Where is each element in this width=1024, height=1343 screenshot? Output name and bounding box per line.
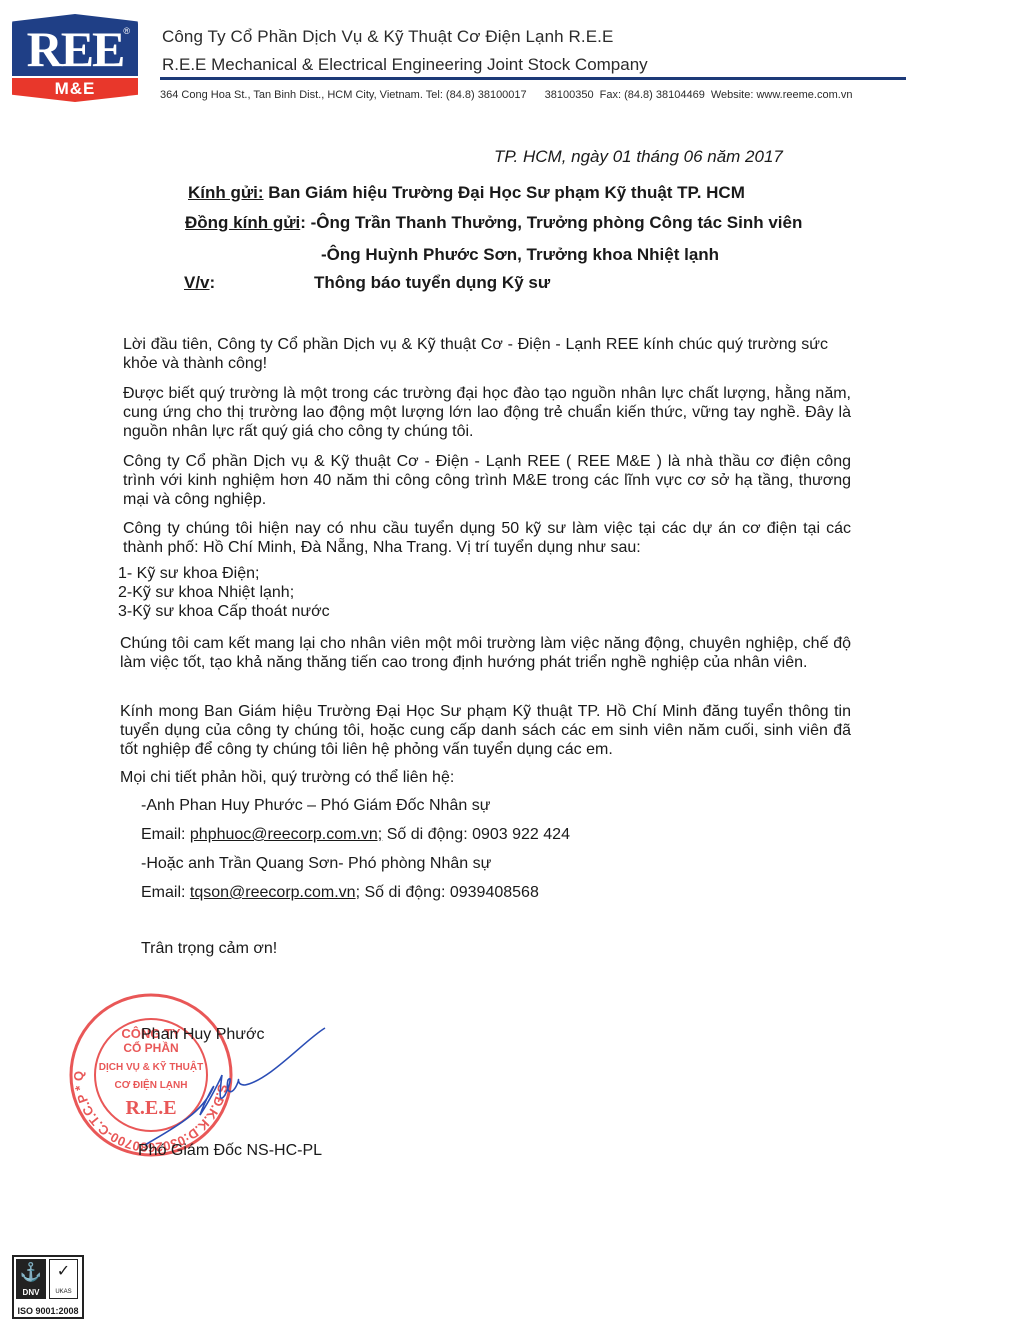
contact-1-name: -Anh Phan Huy Phước – Phó Giám Đốc Nhân …: [141, 796, 490, 815]
closing: Trân trọng cảm ơn!: [141, 939, 277, 958]
subject-label: V/v: [184, 273, 210, 292]
contact-1-phone: Số di động: 0903 922 424: [382, 826, 570, 843]
company-website: Website: www.reeme.com.vn: [711, 89, 853, 101]
cc-line: Đồng kính gửi: -Ông Trần Thanh Thưởng, T…: [185, 213, 802, 233]
to-value: Ban Giám hiệu Trường Đại Học Sư phạm Kỹ …: [264, 183, 745, 202]
iso-label: ISO 9001:2008: [14, 1306, 82, 1316]
ukas-crown-icon: ✓ UKAS: [49, 1259, 78, 1299]
paragraph-hiring: Công ty chúng tôi hiện nay có nhu cầu tu…: [123, 519, 851, 557]
position-item: 2-Kỹ sư khoa Nhiệt lạnh;: [118, 583, 518, 602]
contact-2-email-link[interactable]: tqson@reecorp.com.vn: [190, 884, 356, 901]
company-address: 364 Cong Hoa St., Tan Binh Dist., HCM Ci…: [160, 89, 527, 101]
contact-2-info: Email: tqson@reecorp.com.vn; Số di động:…: [141, 883, 539, 902]
date-line: TP. HCM, ngày 01 tháng 06 năm 2017: [494, 147, 783, 167]
paragraph-commitment: Chúng tôi cam kết mang lại cho nhân viên…: [120, 634, 851, 672]
email-label: Email:: [141, 884, 190, 901]
paragraph-company: Công ty Cổ phần Dịch vụ & Kỹ thuật Cơ - …: [123, 452, 851, 509]
company-name-en: R.E.E Mechanical & Electrical Engineerin…: [162, 55, 648, 75]
subject-value: Thông báo tuyển dụng Kỹ sư: [314, 273, 550, 293]
company-logo: REE ® M&E: [12, 14, 138, 104]
email-label: Email:: [141, 826, 190, 843]
recipient-line: Kính gửi: Ban Giám hiệu Trường Đại Học S…: [188, 183, 745, 203]
position-item: 1- Kỹ sư khoa Điện;: [118, 564, 518, 583]
logo-subtext: M&E: [12, 78, 138, 102]
positions-list: 1- Kỹ sư khoa Điện; 2-Kỹ sư khoa Nhiệt l…: [118, 564, 518, 621]
signatory-title: Phó Giám Đốc NS-HC-PL: [138, 1142, 322, 1160]
company-fax: Fax: (84.8) 38104469: [600, 89, 705, 101]
paragraph-contact-intro: Mọi chi tiết phản hồi, quý trường có thể…: [120, 768, 620, 787]
paragraph-greeting: Lời đầu tiên, Công ty Cổ phần Dịch vụ & …: [123, 335, 828, 373]
iso-certification-badge: ⚓ DNV ✓ UKAS ISO 9001:2008: [12, 1255, 84, 1319]
contact-1-email-link[interactable]: phphuoc@reecorp.com.vn;: [190, 826, 382, 843]
subject-label-line: V/v:: [184, 273, 215, 293]
dnv-anchor-icon: ⚓ DNV: [16, 1259, 46, 1299]
contact-2-phone: ; Số di động: 0939408568: [356, 884, 539, 901]
company-contact-line: 364 Cong Hoa St., Tan Binh Dist., HCM Ci…: [160, 89, 852, 101]
position-item: 3-Kỹ sư khoa Cấp thoát nước: [118, 602, 518, 621]
registered-mark: ®: [123, 26, 130, 36]
paragraph-request: Kính mong Ban Giám hiệu Trường Đại Học S…: [120, 702, 851, 759]
paragraph-school: Được biết quý trường là một trong các tr…: [123, 384, 851, 441]
signatory-name: Phan Huy Phước: [141, 1026, 264, 1044]
logo-text: REE: [12, 24, 138, 74]
cc-value-1: : -Ông Trần Thanh Thưởng, Trưởng phòng C…: [300, 213, 802, 232]
header-divider: [160, 77, 906, 80]
cc-label: Đồng kính gửi: [185, 213, 300, 232]
company-phone2: 38100350: [545, 89, 594, 101]
subject-colon: :: [210, 273, 216, 292]
contact-1-info: Email: phphuoc@reecorp.com.vn; Số di độn…: [141, 825, 570, 844]
company-name-vn: Công Ty Cổ Phần Dịch Vụ & Kỹ Thuật Cơ Đi…: [162, 27, 613, 47]
contact-2-name: -Hoặc anh Trần Quang Sơn- Phó phòng Nhân…: [141, 854, 491, 873]
to-label: Kính gửi:: [188, 183, 264, 202]
cc-value-2: -Ông Huỳnh Phước Sơn, Trưởng khoa Nhiệt …: [321, 245, 719, 265]
